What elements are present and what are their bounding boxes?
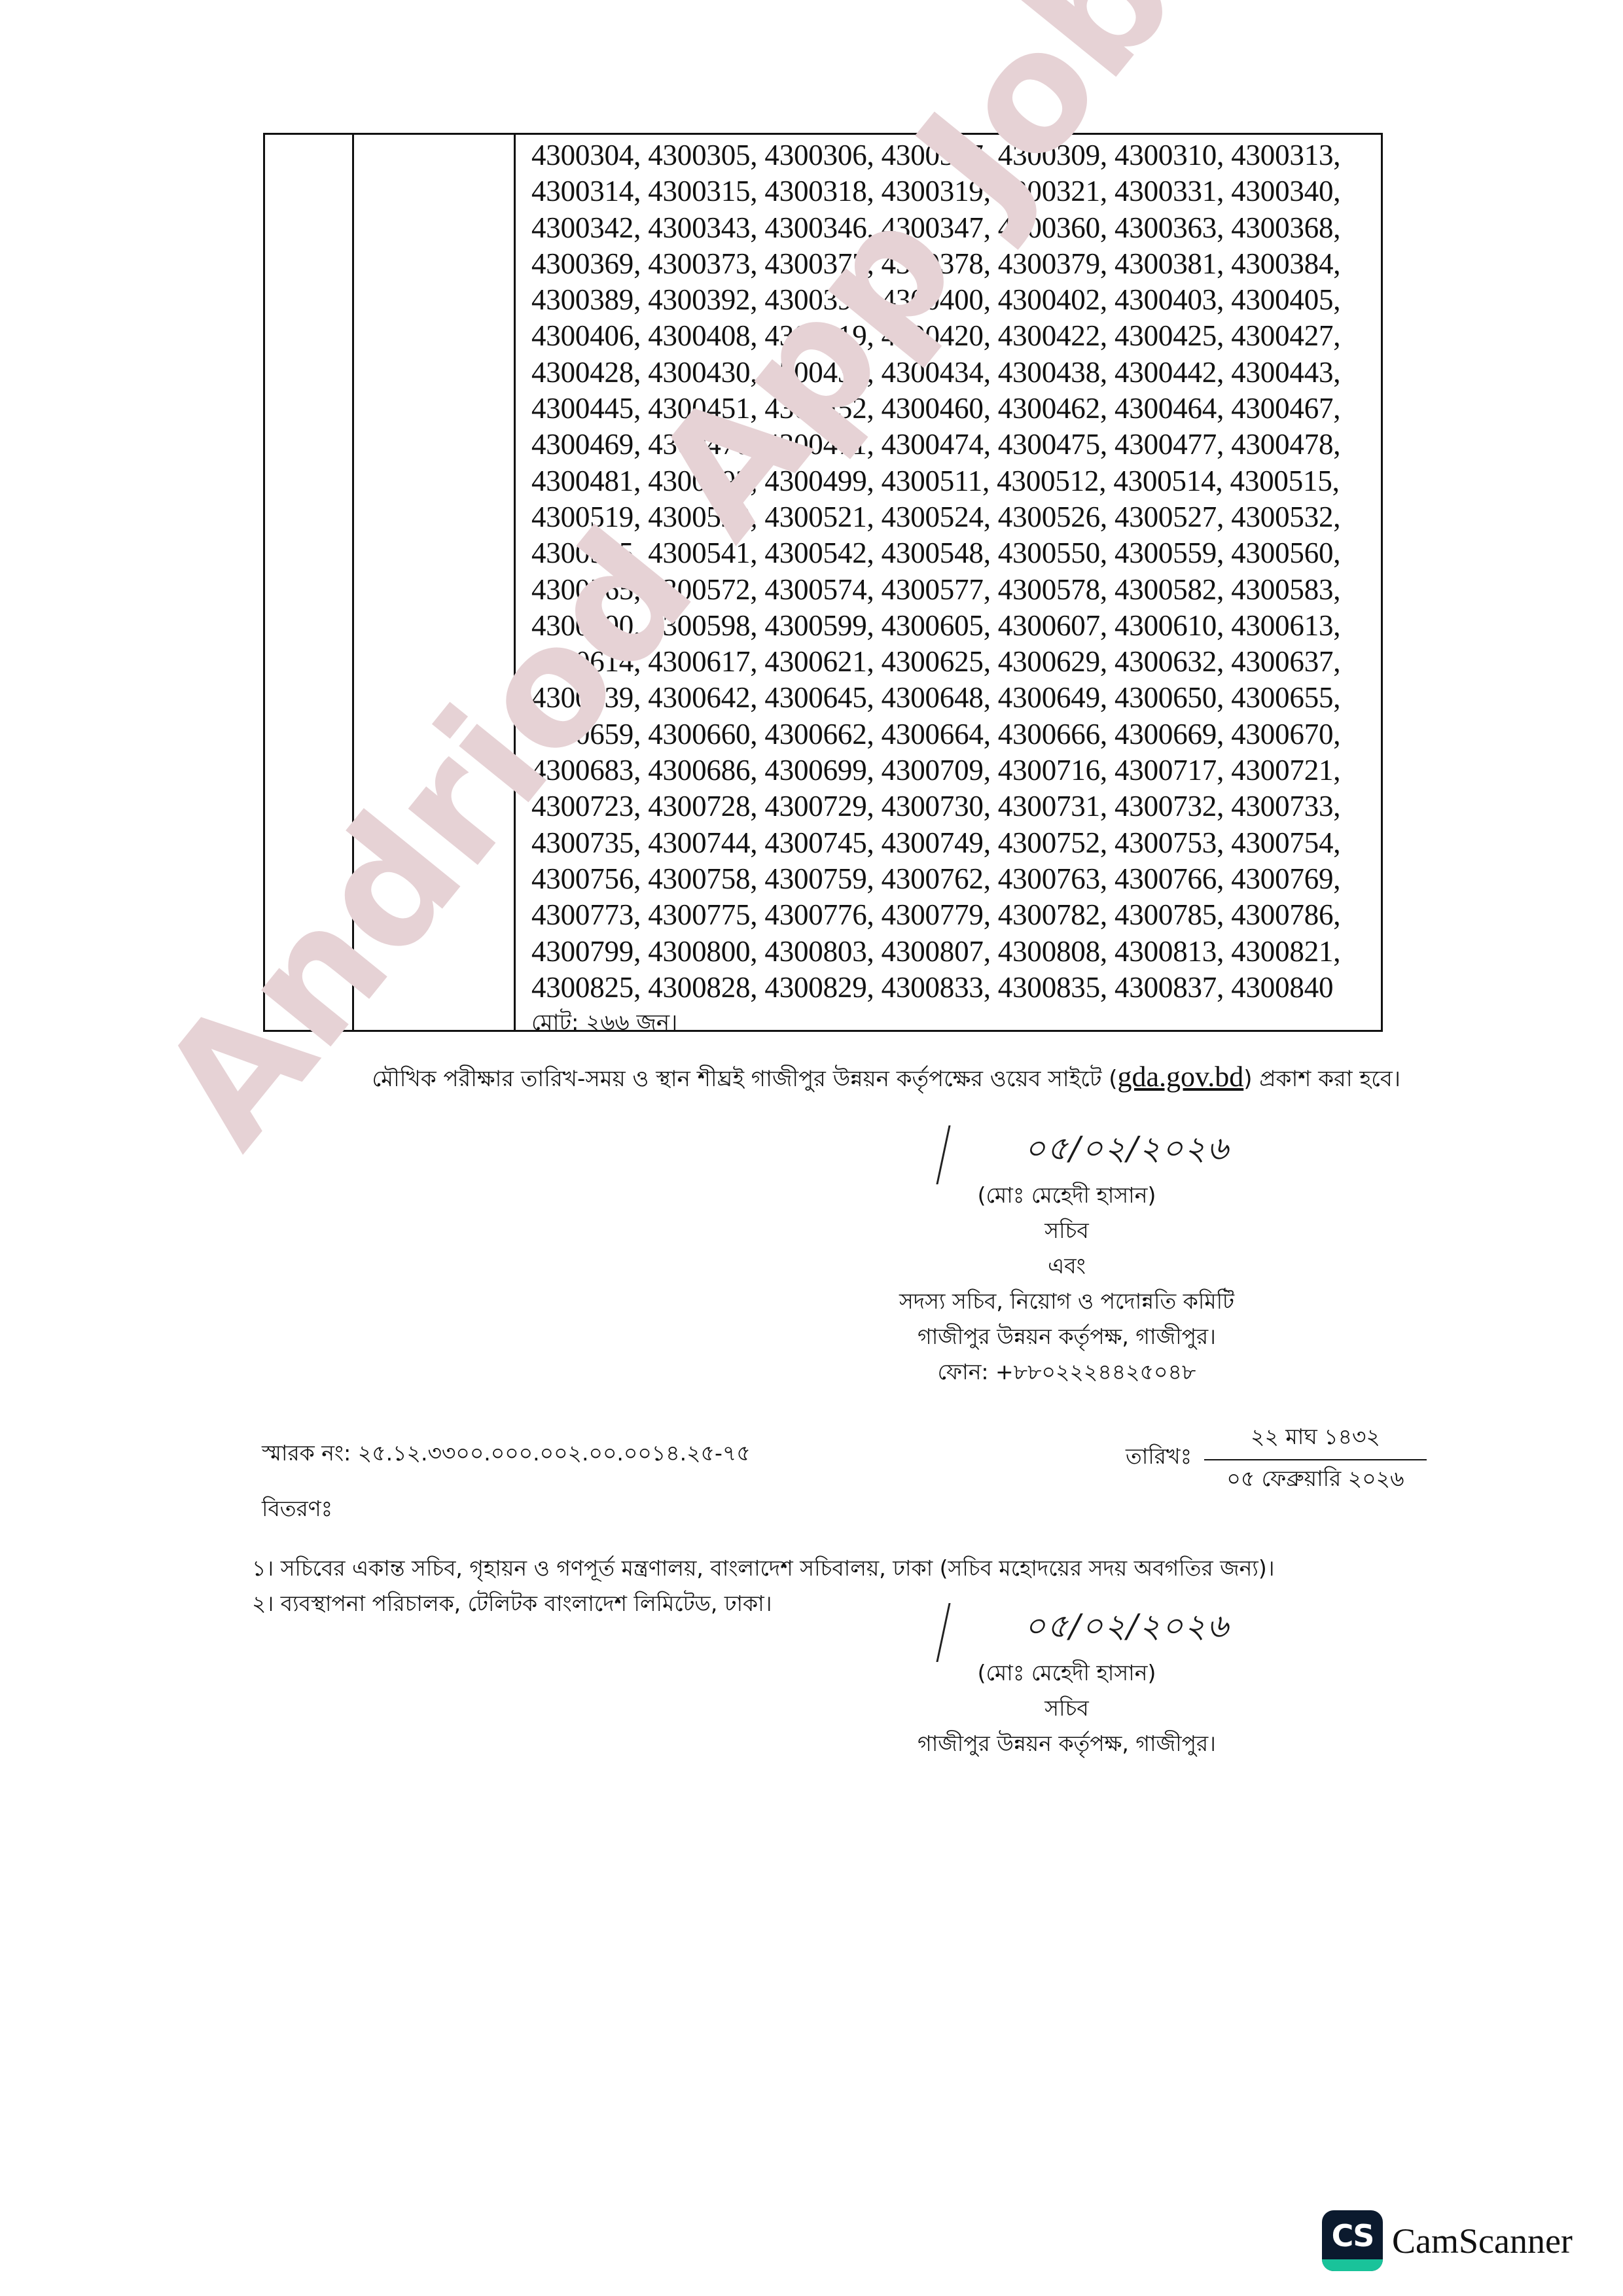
distribution-item: ১। সচিবের একান্ত সচিব, গৃহায়ন ও গণপূর্ত…: [252, 1551, 1275, 1586]
roll-number-row: 4300590, 4300598, 4300599, 4300605, 4300…: [531, 608, 1368, 644]
date-gregorian: ০৫ ফেব্রুয়ারি ২০২৬: [1204, 1460, 1427, 1498]
camscanner-badge: CS CamScanner: [1322, 2210, 1573, 2271]
signatory-conjunction: এবং: [772, 1248, 1361, 1284]
roll-number-row: 4300342, 4300343, 4300346, 4300347, 4300…: [531, 210, 1368, 246]
signatory-designation: সচিব: [772, 1691, 1361, 1726]
roll-number-row: 4300314, 4300315, 4300318, 4300319, 4300…: [531, 173, 1368, 209]
roll-number-cell: 4300304, 4300305, 4300306, 4300307, 4300…: [528, 135, 1381, 1030]
camscanner-name: CamScanner: [1392, 2221, 1573, 2261]
distribution-title: বিতরণঃ: [262, 1492, 332, 1528]
roll-number-row: 4300445, 4300451, 4300452, 4300460, 4300…: [531, 391, 1368, 427]
website-link[interactable]: gda.gov.bd: [1118, 1061, 1244, 1093]
signatory-office: গাজীপুর উন্নয়ন কর্তৃপক্ষ, গাজীপুর।: [772, 1319, 1361, 1354]
signatory-name: (মোঃ মেহেদী হাসান): [772, 1655, 1361, 1691]
memo-value: ২৫.১২.৩৩০০.০০০.০০২.০০.০০১৪.২৫-৭৫: [358, 1440, 751, 1466]
roll-number-row: 4300481, 4300492, 4300499, 4300511, 4300…: [531, 463, 1368, 499]
roll-number-row: 4300304, 4300305, 4300306, 4300307, 4300…: [531, 137, 1368, 173]
roll-number-row: 4300369, 4300373, 4300377, 4300378, 4300…: [531, 246, 1368, 282]
viva-notice: মৌখিক পরীক্ষার তারিখ-সময় ও স্থান শীঘ্রই…: [288, 1060, 1400, 1099]
roll-number-row: 4300683, 4300686, 4300699, 4300709, 4300…: [531, 752, 1368, 788]
date-bangla: ২২ মাঘ ১৪৩২: [1204, 1420, 1427, 1460]
roll-number-list: 4300304, 4300305, 4300306, 4300307, 4300…: [531, 137, 1368, 1006]
camscanner-logo-icon: CS: [1322, 2210, 1383, 2271]
signatory-office: গাজীপুর উন্নয়ন কর্তৃপক্ষ, গাজীপুর।: [772, 1726, 1361, 1761]
roll-number-row: 4300735, 4300744, 4300745, 4300749, 4300…: [531, 825, 1368, 861]
roll-number-row: 4300428, 4300430, 4300433, 4300434, 4300…: [531, 355, 1368, 391]
roll-number-row: 4300659, 4300660, 4300662, 4300664, 4300…: [531, 716, 1368, 752]
table-column-divider: [514, 135, 516, 1030]
date-label: তারিখঃ: [1126, 1439, 1192, 1476]
signatory-block-1: ০৫/০২/২০২৬ (মোঃ মেহেদী হাসান) সচিব এবং স…: [772, 1112, 1361, 1390]
signature: ০৫/০২/২০২৬: [772, 1112, 1361, 1178]
roll-number-row: 4300565, 4300572, 4300574, 4300577, 4300…: [531, 572, 1368, 608]
camscanner-logo-band: [1322, 2259, 1383, 2271]
notice-text-end: ) প্রকাশ করা হবে।: [1243, 1066, 1400, 1092]
roll-number-row: 4300773, 4300775, 4300776, 4300779, 4300…: [531, 897, 1368, 933]
total-count: মোট: ২৬৬ জন।: [531, 1006, 1368, 1040]
roll-number-row: 4300406, 4300408, 4300419, 4300420, 4300…: [531, 318, 1368, 354]
signatory-designation: সচিব: [772, 1213, 1361, 1248]
camscanner-logo-text: CS: [1322, 2218, 1383, 2253]
date-fraction: ২২ মাঘ ১৪৩২ ০৫ ফেব্রুয়ারি ২০২৬: [1204, 1420, 1427, 1498]
roll-number-row: 4300799, 4300800, 4300803, 4300807, 4300…: [531, 934, 1368, 970]
roll-number-row: 4300756, 4300758, 4300759, 4300762, 4300…: [531, 861, 1368, 897]
roll-number-row: 4300469, 4300470, 4300471, 4300474, 4300…: [531, 427, 1368, 463]
memo-label: স্মারক নং:: [262, 1440, 351, 1466]
signatory-name: (মোঃ মেহেদী হাসান): [772, 1178, 1361, 1213]
result-table: 4300304, 4300305, 4300306, 4300307, 4300…: [263, 133, 1383, 1032]
table-column-divider: [352, 135, 354, 1030]
roll-number-row: 4300723, 4300728, 4300729, 4300730, 4300…: [531, 788, 1368, 824]
roll-number-row: 4300639, 4300642, 4300645, 4300648, 4300…: [531, 680, 1368, 716]
signature-stroke-icon: [936, 1125, 1022, 1184]
signatory-role: সদস্য সচিব, নিয়োগ ও পদোন্নতি কমিটি: [772, 1284, 1361, 1319]
signatory-block-2: ০৫/০২/২০২৬ (মোঃ মেহেদী হাসান) সচিব গাজীপ…: [772, 1590, 1361, 1761]
document-page: 4300304, 4300305, 4300306, 4300307, 4300…: [0, 0, 1623, 2296]
signature-date: ০৫/০২/২০২৬: [1024, 1129, 1230, 1167]
signature: ০৫/০২/২০২৬: [772, 1590, 1361, 1655]
roll-number-row: 4300825, 4300828, 4300829, 4300833, 4300…: [531, 970, 1368, 1006]
roll-number-row: 4300614, 4300617, 4300621, 4300625, 4300…: [531, 644, 1368, 680]
notice-text: মৌখিক পরীক্ষার তারিখ-সময় ও স্থান শীঘ্রই…: [372, 1066, 1117, 1092]
roll-number-row: 4300535, 4300541, 4300542, 4300548, 4300…: [531, 535, 1368, 571]
memo-number: স্মারক নং: ২৫.১২.৩৩০০.০০০.০০২.০০.০০১৪.২৫…: [262, 1436, 751, 1473]
roll-number-row: 4300519, 4300520, 4300521, 4300524, 4300…: [531, 499, 1368, 535]
signatory-phone: ফোন: +৮৮০২২২৪৪২৫০৪৮: [772, 1354, 1361, 1390]
signature-date: ০৫/০২/২০২৬: [1024, 1607, 1230, 1645]
signature-stroke-icon: [936, 1603, 1022, 1662]
roll-number-row: 4300389, 4300392, 4300395, 4300400, 4300…: [531, 282, 1368, 318]
